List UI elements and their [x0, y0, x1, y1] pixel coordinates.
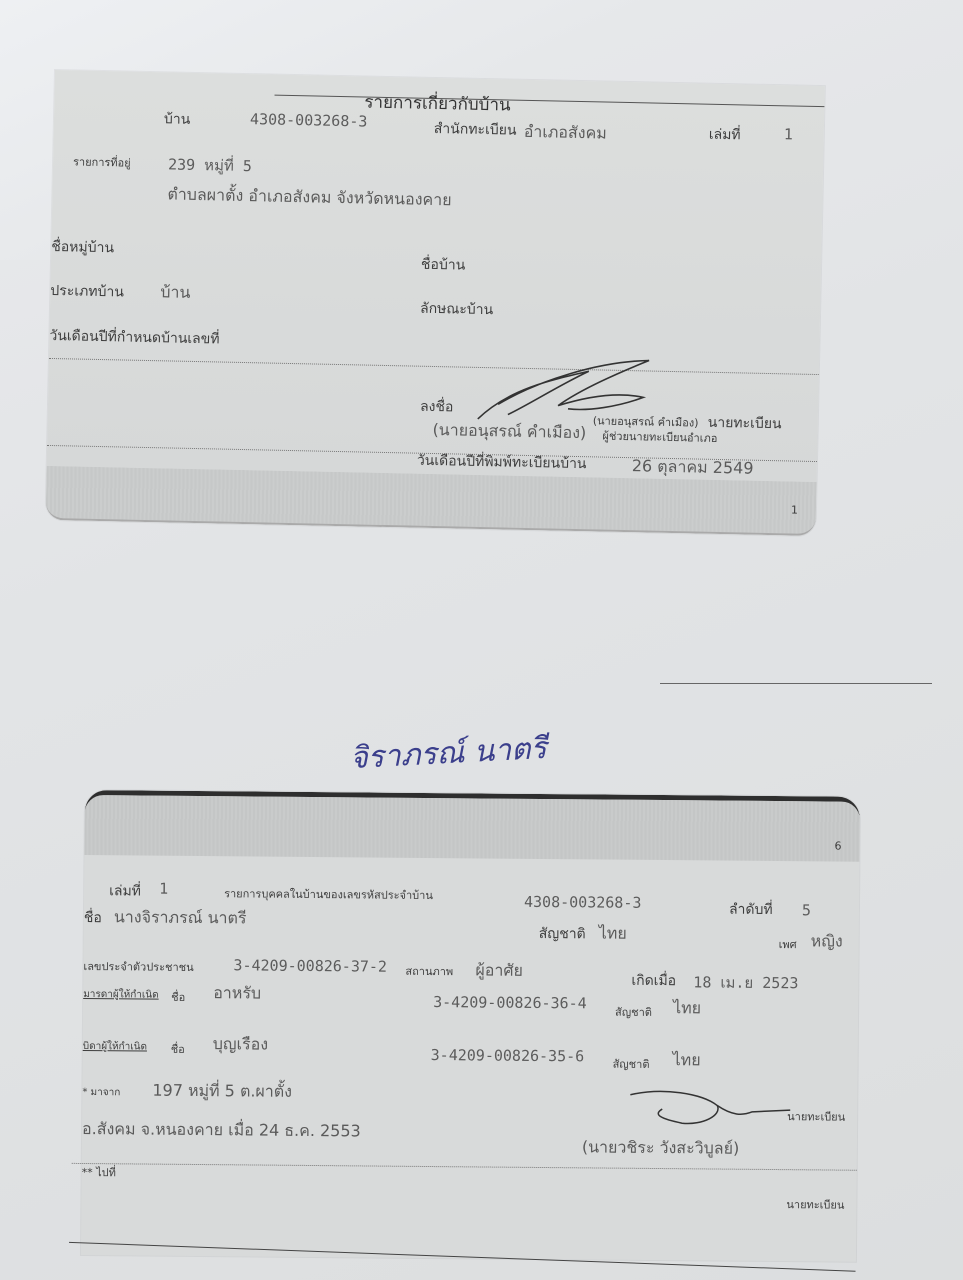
page-edge-line	[660, 683, 932, 684]
house-record-card: รายการเกี่ยวกับบ้าน บ้าน 4308-003268-3 ส…	[46, 70, 825, 536]
registry-office: อำเภอสังคม	[524, 120, 608, 147]
address-label: รายการที่อยู่	[73, 152, 131, 171]
house-id: 4308-003268-3	[524, 893, 642, 912]
sex-label: เพศ	[779, 935, 797, 953]
book-label: เล่มที่	[709, 124, 741, 147]
status: ผู้อาศัย	[475, 958, 523, 983]
signer-title: ผู้ช่วยนายทะเบียนอำเภอ	[602, 427, 717, 447]
father-nationality: ไทย	[673, 1048, 701, 1073]
dotted-divider	[72, 1163, 857, 1171]
registry-office-label: สำนักทะเบียน	[434, 118, 517, 142]
sex: หญิง	[811, 929, 843, 954]
page-number: 1	[791, 504, 798, 517]
birth-date: 18 เม.ย 2523	[693, 970, 798, 995]
registrar-name: (นายวชิระ วังสะวิบูลย์)	[582, 1135, 740, 1161]
name-label: ชื่อ	[84, 907, 102, 929]
card-bottom-rule	[69, 1242, 856, 1272]
moved-from-line-1: 197 หมู่ที่ 5 ต.ผาตั้ง	[152, 1079, 292, 1105]
signer-role: นายทะเบียน	[708, 412, 782, 436]
person-heading: รายการบุคคลในบ้านของเลขรหัสประจำบ้าน	[224, 884, 433, 904]
father-label: บิดาผู้ให้กำเนิด	[83, 1039, 147, 1055]
mother-nationality-label: สัญชาติ	[615, 1003, 652, 1021]
signer-name: (นายอนุสรณ์ คำเมือง)	[432, 418, 586, 446]
village-name-label: ชื่อหมู่บ้าน	[51, 236, 114, 259]
father-name-label: ชื่อ	[171, 1040, 185, 1058]
book-number: 1	[159, 880, 168, 898]
house-record-title: รายการเกี่ยวกับบ้าน	[364, 88, 511, 118]
address-line-2: ตำบลผาตั้ง อำเภอสังคม จังหวัดหนองคาย	[167, 182, 452, 213]
book-label: เล่มที่	[109, 880, 141, 902]
house-name-label: ชื่อบ้าน	[421, 254, 466, 277]
birth-label: เกิดเมื่อ	[631, 970, 676, 992]
house-type-label: ประเภทบ้าน	[50, 280, 124, 304]
house-id-label: บ้าน	[164, 108, 191, 131]
print-date-label: วันเดือนปีที่พิมพ์ทะเบียนบ้าน	[417, 450, 587, 476]
registrar-label: นายทะเบียน	[787, 1107, 845, 1126]
house-character-label: ลักษณะบ้าน	[420, 298, 494, 322]
id-number: 3-4209-00826-37-2	[233, 956, 387, 975]
id-label: เลขประจำตัวประชาชน	[83, 957, 193, 976]
nationality: ไทย	[599, 921, 627, 946]
person-record-card: 6 เล่มที่ 1 รายการบุคคลในบ้านของเลขรหัสป…	[81, 790, 860, 1262]
status-label: สถานภาพ	[405, 962, 453, 980]
registrar-label-2: นายทะเบียน	[786, 1195, 844, 1214]
order-label: ลำดับที่	[729, 899, 773, 921]
dotted-divider	[49, 358, 819, 375]
mother-name: อาหรับ	[213, 981, 261, 1006]
moved-from-line-2: อ.สังคม จ.หนองคาย เมื่อ 24 ธ.ค. 2553	[82, 1117, 361, 1144]
handwritten-name-note: จิราภรณ์ นาตรี	[349, 725, 548, 782]
mother-nationality: ไทย	[673, 996, 701, 1021]
assigned-date-label: วันเดือนปีที่กำหนดบ้านเลขที่	[49, 325, 220, 351]
mother-label: มารดาผู้ให้กำเนิด	[83, 987, 159, 1003]
registrar-signature	[622, 1085, 792, 1136]
book-number: 1	[784, 125, 793, 143]
moved-from-label: * มาจาก	[82, 1085, 120, 1100]
house-type: บ้าน	[160, 280, 191, 306]
mother-name-label: ชื่อ	[171, 988, 185, 1006]
moved-to-label: ** ไปที่	[82, 1163, 116, 1181]
father-id: 3-4209-00826-35-6	[431, 1046, 585, 1065]
father-name: บุญเรือง	[213, 1032, 268, 1057]
sign-label: ลงชื่อ	[420, 396, 454, 419]
page-number: 6	[834, 840, 841, 853]
card-top-band: 6	[84, 795, 859, 862]
order-number: 5	[802, 901, 811, 919]
nationality-label: สัญชาติ	[539, 923, 586, 945]
mother-id: 3-4209-00826-36-4	[433, 993, 587, 1012]
person-name: นางจิราภรณ์ นาตรี	[114, 905, 247, 931]
house-id: 4308-003268-3	[250, 110, 368, 130]
top-rule	[275, 95, 825, 108]
address-line-1: 239 หมู่ที่ 5	[168, 152, 252, 178]
father-nationality-label: สัญชาติ	[613, 1055, 650, 1073]
